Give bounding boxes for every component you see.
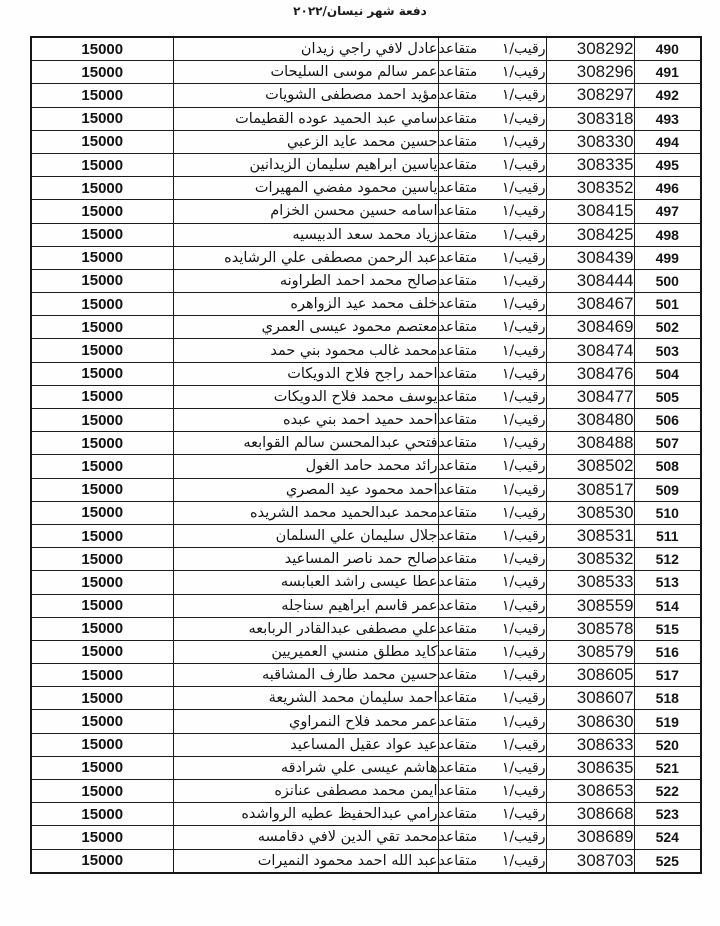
row-number-cell: 515 <box>634 617 701 640</box>
rank-cell: رقيب/١ متقاعد <box>438 316 546 339</box>
row-number-cell: 494 <box>634 130 701 153</box>
rank-cell: رقيب/١ متقاعد <box>438 594 546 617</box>
row-number-cell: 506 <box>634 409 701 432</box>
rank-cell: رقيب/١ متقاعد <box>438 177 546 200</box>
rank-cell: رقيب/١ متقاعد <box>438 664 546 687</box>
rank-cell: رقيب/١ متقاعد <box>438 61 546 84</box>
table-row: 518 308607 رقيب/١ متقاعد احمد سليمان محم… <box>31 687 701 710</box>
row-number-cell: 510 <box>634 501 701 524</box>
table-row: 490 308292 رقيب/١ متقاعد عادل لافي راجي … <box>31 37 701 61</box>
service-id-cell: 308517 <box>546 478 634 501</box>
name-cell: جلال سليمان علي السلمان <box>173 524 438 547</box>
name-cell: رامي عبدالحفيظ عطيه الرواشده <box>173 803 438 826</box>
name-cell: خلف محمد عيد الزواهره <box>173 293 438 316</box>
rank-cell: رقيب/١ متقاعد <box>438 130 546 153</box>
row-number-cell: 518 <box>634 687 701 710</box>
table-row: 512 308532 رقيب/١ متقاعد صالح حمد ناصر ا… <box>31 548 701 571</box>
row-number-cell: 492 <box>634 84 701 107</box>
service-id-cell: 308605 <box>546 664 634 687</box>
amount-cell: 15000 <box>31 61 173 84</box>
rank-cell: رقيب/١ متقاعد <box>438 362 546 385</box>
name-cell: رائد محمد حامد الغول <box>173 455 438 478</box>
service-id-cell: 308532 <box>546 548 634 571</box>
service-id-cell: 308352 <box>546 177 634 200</box>
table-row: 502 308469 رقيب/١ متقاعد معتصم محمود عيس… <box>31 316 701 339</box>
row-number-cell: 517 <box>634 664 701 687</box>
table-row: 505 308477 رقيب/١ متقاعد يوسف محمد فلاح … <box>31 385 701 408</box>
row-number-cell: 500 <box>634 269 701 292</box>
service-id-cell: 308635 <box>546 756 634 779</box>
amount-cell: 15000 <box>31 246 173 269</box>
table-row: 501 308467 رقيب/١ متقاعد خلف محمد عيد ال… <box>31 293 701 316</box>
name-cell: محمد تقي الدين لافي دقامسه <box>173 826 438 849</box>
row-number-cell: 514 <box>634 594 701 617</box>
table-row: 500 308444 رقيب/١ متقاعد صالح محمد احمد … <box>31 269 701 292</box>
rank-cell: رقيب/١ متقاعد <box>438 548 546 571</box>
row-number-cell: 497 <box>634 200 701 223</box>
table-row: 519 308630 رقيب/١ متقاعد عمر محمد فلاح ا… <box>31 710 701 733</box>
table-row: 503 308474 رقيب/١ متقاعد محمد غالب محمود… <box>31 339 701 362</box>
rank-cell: رقيب/١ متقاعد <box>438 780 546 803</box>
rank-cell: رقيب/١ متقاعد <box>438 246 546 269</box>
service-id-cell: 308444 <box>546 269 634 292</box>
name-cell: احمد محمود عيد المصري <box>173 478 438 501</box>
table-row: 520 308633 رقيب/١ متقاعد عيد عواد عقيل ا… <box>31 733 701 756</box>
amount-cell: 15000 <box>31 385 173 408</box>
rank-cell: رقيب/١ متقاعد <box>438 200 546 223</box>
name-cell: عطا عيسى راشد العبابسه <box>173 571 438 594</box>
table-row: 507 308488 رقيب/١ متقاعد فتحي عبدالمحسن … <box>31 432 701 455</box>
service-id-cell: 308477 <box>546 385 634 408</box>
row-number-cell: 508 <box>634 455 701 478</box>
name-cell: معتصم محمود عيسى العمري <box>173 316 438 339</box>
table-row: 496 308352 رقيب/١ متقاعد ياسين محمود مفض… <box>31 177 701 200</box>
service-id-cell: 308533 <box>546 571 634 594</box>
name-cell: ياسين ابراهيم سليمان الزيدانين <box>173 153 438 176</box>
rank-cell: رقيب/١ متقاعد <box>438 153 546 176</box>
row-number-cell: 504 <box>634 362 701 385</box>
name-cell: محمد عبدالحميد محمد الشريده <box>173 501 438 524</box>
name-cell: عبد الله احمد محمود النميرات <box>173 849 438 873</box>
amount-cell: 15000 <box>31 571 173 594</box>
amount-cell: 15000 <box>31 548 173 571</box>
amount-cell: 15000 <box>31 710 173 733</box>
name-cell: حسين محمد طارف المشاقبه <box>173 664 438 687</box>
table-row: 494 308330 رقيب/١ متقاعد حسين محمد عايد … <box>31 130 701 153</box>
amount-cell: 15000 <box>31 594 173 617</box>
table-row: 510 308530 رقيب/١ متقاعد محمد عبدالحميد … <box>31 501 701 524</box>
rank-cell: رقيب/١ متقاعد <box>438 339 546 362</box>
rank-cell: رقيب/١ متقاعد <box>438 571 546 594</box>
row-number-cell: 525 <box>634 849 701 873</box>
amount-cell: 15000 <box>31 339 173 362</box>
name-cell: زياد محمد سعد الدبيسيه <box>173 223 438 246</box>
rank-cell: رقيب/١ متقاعد <box>438 826 546 849</box>
rank-cell: رقيب/١ متقاعد <box>438 617 546 640</box>
table-row: 509 308517 رقيب/١ متقاعد احمد محمود عيد … <box>31 478 701 501</box>
name-cell: عيد عواد عقيل المساعيد <box>173 733 438 756</box>
table-row: 506 308480 رقيب/١ متقاعد احمد حميد احمد … <box>31 409 701 432</box>
rank-cell: رقيب/١ متقاعد <box>438 455 546 478</box>
row-number-cell: 490 <box>634 37 701 61</box>
amount-cell: 15000 <box>31 362 173 385</box>
table-row: 524 308689 رقيب/١ متقاعد محمد تقي الدين … <box>31 826 701 849</box>
amount-cell: 15000 <box>31 664 173 687</box>
amount-cell: 15000 <box>31 780 173 803</box>
rank-cell: رقيب/١ متقاعد <box>438 687 546 710</box>
service-id-cell: 308467 <box>546 293 634 316</box>
name-cell: احمد حميد احمد بني عبده <box>173 409 438 432</box>
name-cell: صالح محمد احمد الطراونه <box>173 269 438 292</box>
table-row: 508 308502 رقيب/١ متقاعد رائد محمد حامد … <box>31 455 701 478</box>
amount-cell: 15000 <box>31 849 173 873</box>
amount-cell: 15000 <box>31 432 173 455</box>
document-page: دفعة شهر نيسان/٢٠٢٢ 490 308292 رقيب/١ مت… <box>0 0 720 926</box>
name-cell: محمد غالب محمود بني حمد <box>173 339 438 362</box>
rank-cell: رقيب/١ متقاعد <box>438 501 546 524</box>
table-row: 514 308559 رقيب/١ متقاعد عمر قاسم ابراهي… <box>31 594 701 617</box>
table-row: 499 308439 رقيب/١ متقاعد عبد الرحمن مصطف… <box>31 246 701 269</box>
service-id-cell: 308559 <box>546 594 634 617</box>
service-id-cell: 308415 <box>546 200 634 223</box>
rank-cell: رقيب/١ متقاعد <box>438 385 546 408</box>
rank-cell: رقيب/١ متقاعد <box>438 710 546 733</box>
name-cell: مؤيد احمد مصطفى الشويات <box>173 84 438 107</box>
service-id-cell: 308318 <box>546 107 634 130</box>
row-number-cell: 493 <box>634 107 701 130</box>
page-title: دفعة شهر نيسان/٢٠٢٢ <box>0 4 720 18</box>
amount-cell: 15000 <box>31 687 173 710</box>
service-id-cell: 308292 <box>546 37 634 61</box>
amount-cell: 15000 <box>31 617 173 640</box>
amount-cell: 15000 <box>31 153 173 176</box>
rank-cell: رقيب/١ متقاعد <box>438 223 546 246</box>
rank-cell: رقيب/١ متقاعد <box>438 432 546 455</box>
row-number-cell: 524 <box>634 826 701 849</box>
amount-cell: 15000 <box>31 37 173 61</box>
name-cell: عبد الرحمن مصطفى علي الرشايده <box>173 246 438 269</box>
row-number-cell: 512 <box>634 548 701 571</box>
service-id-cell: 308469 <box>546 316 634 339</box>
rank-cell: رقيب/١ متقاعد <box>438 803 546 826</box>
rank-cell: رقيب/١ متقاعد <box>438 849 546 873</box>
service-id-cell: 308502 <box>546 455 634 478</box>
rank-cell: رقيب/١ متقاعد <box>438 524 546 547</box>
amount-cell: 15000 <box>31 223 173 246</box>
amount-cell: 15000 <box>31 130 173 153</box>
name-cell: احمد راجح فلاح الدويكات <box>173 362 438 385</box>
service-id-cell: 308668 <box>546 803 634 826</box>
amount-cell: 15000 <box>31 293 173 316</box>
rank-cell: رقيب/١ متقاعد <box>438 733 546 756</box>
table-row: 523 308668 رقيب/١ متقاعد رامي عبدالحفيظ … <box>31 803 701 826</box>
row-number-cell: 498 <box>634 223 701 246</box>
row-number-cell: 501 <box>634 293 701 316</box>
name-cell: ياسين محمود مفضي المهيرات <box>173 177 438 200</box>
rank-cell: رقيب/١ متقاعد <box>438 478 546 501</box>
table-row: 513 308533 رقيب/١ متقاعد عطا عيسى راشد ا… <box>31 571 701 594</box>
amount-cell: 15000 <box>31 409 173 432</box>
row-number-cell: 503 <box>634 339 701 362</box>
name-cell: علي مصطفى عبدالقادر الربابعه <box>173 617 438 640</box>
amount-cell: 15000 <box>31 478 173 501</box>
rank-cell: رقيب/١ متقاعد <box>438 640 546 663</box>
row-number-cell: 505 <box>634 385 701 408</box>
amount-cell: 15000 <box>31 803 173 826</box>
amount-cell: 15000 <box>31 269 173 292</box>
amount-cell: 15000 <box>31 524 173 547</box>
amount-cell: 15000 <box>31 826 173 849</box>
row-number-cell: 520 <box>634 733 701 756</box>
payment-roster-table: 490 308292 رقيب/١ متقاعد عادل لافي راجي … <box>30 36 702 874</box>
service-id-cell: 308531 <box>546 524 634 547</box>
table-row: 515 308578 رقيب/١ متقاعد علي مصطفى عبدال… <box>31 617 701 640</box>
name-cell: صالح حمد ناصر المساعيد <box>173 548 438 571</box>
name-cell: عمر محمد فلاح النمراوي <box>173 710 438 733</box>
table-row: 525 308703 رقيب/١ متقاعد عبد الله احمد م… <box>31 849 701 873</box>
amount-cell: 15000 <box>31 84 173 107</box>
service-id-cell: 308633 <box>546 733 634 756</box>
table-row: 493 308318 رقيب/١ متقاعد سامي عبد الحميد… <box>31 107 701 130</box>
service-id-cell: 308579 <box>546 640 634 663</box>
service-id-cell: 308653 <box>546 780 634 803</box>
table-row: 517 308605 رقيب/١ متقاعد حسين محمد طارف … <box>31 664 701 687</box>
rank-cell: رقيب/١ متقاعد <box>438 756 546 779</box>
name-cell: هاشم عيسى علي شرادقه <box>173 756 438 779</box>
service-id-cell: 308689 <box>546 826 634 849</box>
row-number-cell: 491 <box>634 61 701 84</box>
service-id-cell: 308296 <box>546 61 634 84</box>
rank-cell: رقيب/١ متقاعد <box>438 107 546 130</box>
rank-cell: رقيب/١ متقاعد <box>438 293 546 316</box>
name-cell: حسين محمد عايد الزعبي <box>173 130 438 153</box>
service-id-cell: 308578 <box>546 617 634 640</box>
row-number-cell: 507 <box>634 432 701 455</box>
name-cell: كايد مطلق منسي العميريين <box>173 640 438 663</box>
service-id-cell: 308439 <box>546 246 634 269</box>
roster-table-body: 490 308292 رقيب/١ متقاعد عادل لافي راجي … <box>31 37 701 873</box>
row-number-cell: 511 <box>634 524 701 547</box>
amount-cell: 15000 <box>31 756 173 779</box>
row-number-cell: 509 <box>634 478 701 501</box>
service-id-cell: 308607 <box>546 687 634 710</box>
name-cell: احمد سليمان محمد الشريعة <box>173 687 438 710</box>
table-row: 497 308415 رقيب/١ متقاعد اسامه حسين محسن… <box>31 200 701 223</box>
row-number-cell: 495 <box>634 153 701 176</box>
name-cell: ايمن محمد مصطفى عنانزه <box>173 780 438 803</box>
amount-cell: 15000 <box>31 733 173 756</box>
amount-cell: 15000 <box>31 177 173 200</box>
name-cell: فتحي عبدالمحسن سالم القوابعه <box>173 432 438 455</box>
service-id-cell: 308297 <box>546 84 634 107</box>
amount-cell: 15000 <box>31 501 173 524</box>
table-row: 495 308335 رقيب/١ متقاعد ياسين ابراهيم س… <box>31 153 701 176</box>
amount-cell: 15000 <box>31 316 173 339</box>
name-cell: عمر سالم موسى السليحات <box>173 61 438 84</box>
amount-cell: 15000 <box>31 640 173 663</box>
row-number-cell: 496 <box>634 177 701 200</box>
amount-cell: 15000 <box>31 455 173 478</box>
service-id-cell: 308703 <box>546 849 634 873</box>
service-id-cell: 308488 <box>546 432 634 455</box>
row-number-cell: 523 <box>634 803 701 826</box>
table-row: 516 308579 رقيب/١ متقاعد كايد مطلق منسي … <box>31 640 701 663</box>
name-cell: سامي عبد الحميد عوده القطيمات <box>173 107 438 130</box>
name-cell: عمر قاسم ابراهيم سناجله <box>173 594 438 617</box>
table-row: 491 308296 رقيب/١ متقاعد عمر سالم موسى ا… <box>31 61 701 84</box>
table-row: 504 308476 رقيب/١ متقاعد احمد راجح فلاح … <box>31 362 701 385</box>
name-cell: عادل لافي راجي زيدان <box>173 37 438 61</box>
amount-cell: 15000 <box>31 107 173 130</box>
rank-cell: رقيب/١ متقاعد <box>438 84 546 107</box>
row-number-cell: 513 <box>634 571 701 594</box>
row-number-cell: 521 <box>634 756 701 779</box>
service-id-cell: 308476 <box>546 362 634 385</box>
name-cell: اسامه حسين محسن الخزام <box>173 200 438 223</box>
name-cell: يوسف محمد فلاح الدويكات <box>173 385 438 408</box>
rank-cell: رقيب/١ متقاعد <box>438 37 546 61</box>
service-id-cell: 308425 <box>546 223 634 246</box>
row-number-cell: 519 <box>634 710 701 733</box>
row-number-cell: 516 <box>634 640 701 663</box>
rank-cell: رقيب/١ متقاعد <box>438 409 546 432</box>
service-id-cell: 308330 <box>546 130 634 153</box>
service-id-cell: 308630 <box>546 710 634 733</box>
service-id-cell: 308474 <box>546 339 634 362</box>
service-id-cell: 308480 <box>546 409 634 432</box>
table-row: 511 308531 رقيب/١ متقاعد جلال سليمان علي… <box>31 524 701 547</box>
row-number-cell: 499 <box>634 246 701 269</box>
service-id-cell: 308335 <box>546 153 634 176</box>
service-id-cell: 308530 <box>546 501 634 524</box>
table-row: 521 308635 رقيب/١ متقاعد هاشم عيسى علي ش… <box>31 756 701 779</box>
amount-cell: 15000 <box>31 200 173 223</box>
table-row: 498 308425 رقيب/١ متقاعد زياد محمد سعد ا… <box>31 223 701 246</box>
row-number-cell: 522 <box>634 780 701 803</box>
rank-cell: رقيب/١ متقاعد <box>438 269 546 292</box>
table-row: 492 308297 رقيب/١ متقاعد مؤيد احمد مصطفى… <box>31 84 701 107</box>
table-row: 522 308653 رقيب/١ متقاعد ايمن محمد مصطفى… <box>31 780 701 803</box>
row-number-cell: 502 <box>634 316 701 339</box>
